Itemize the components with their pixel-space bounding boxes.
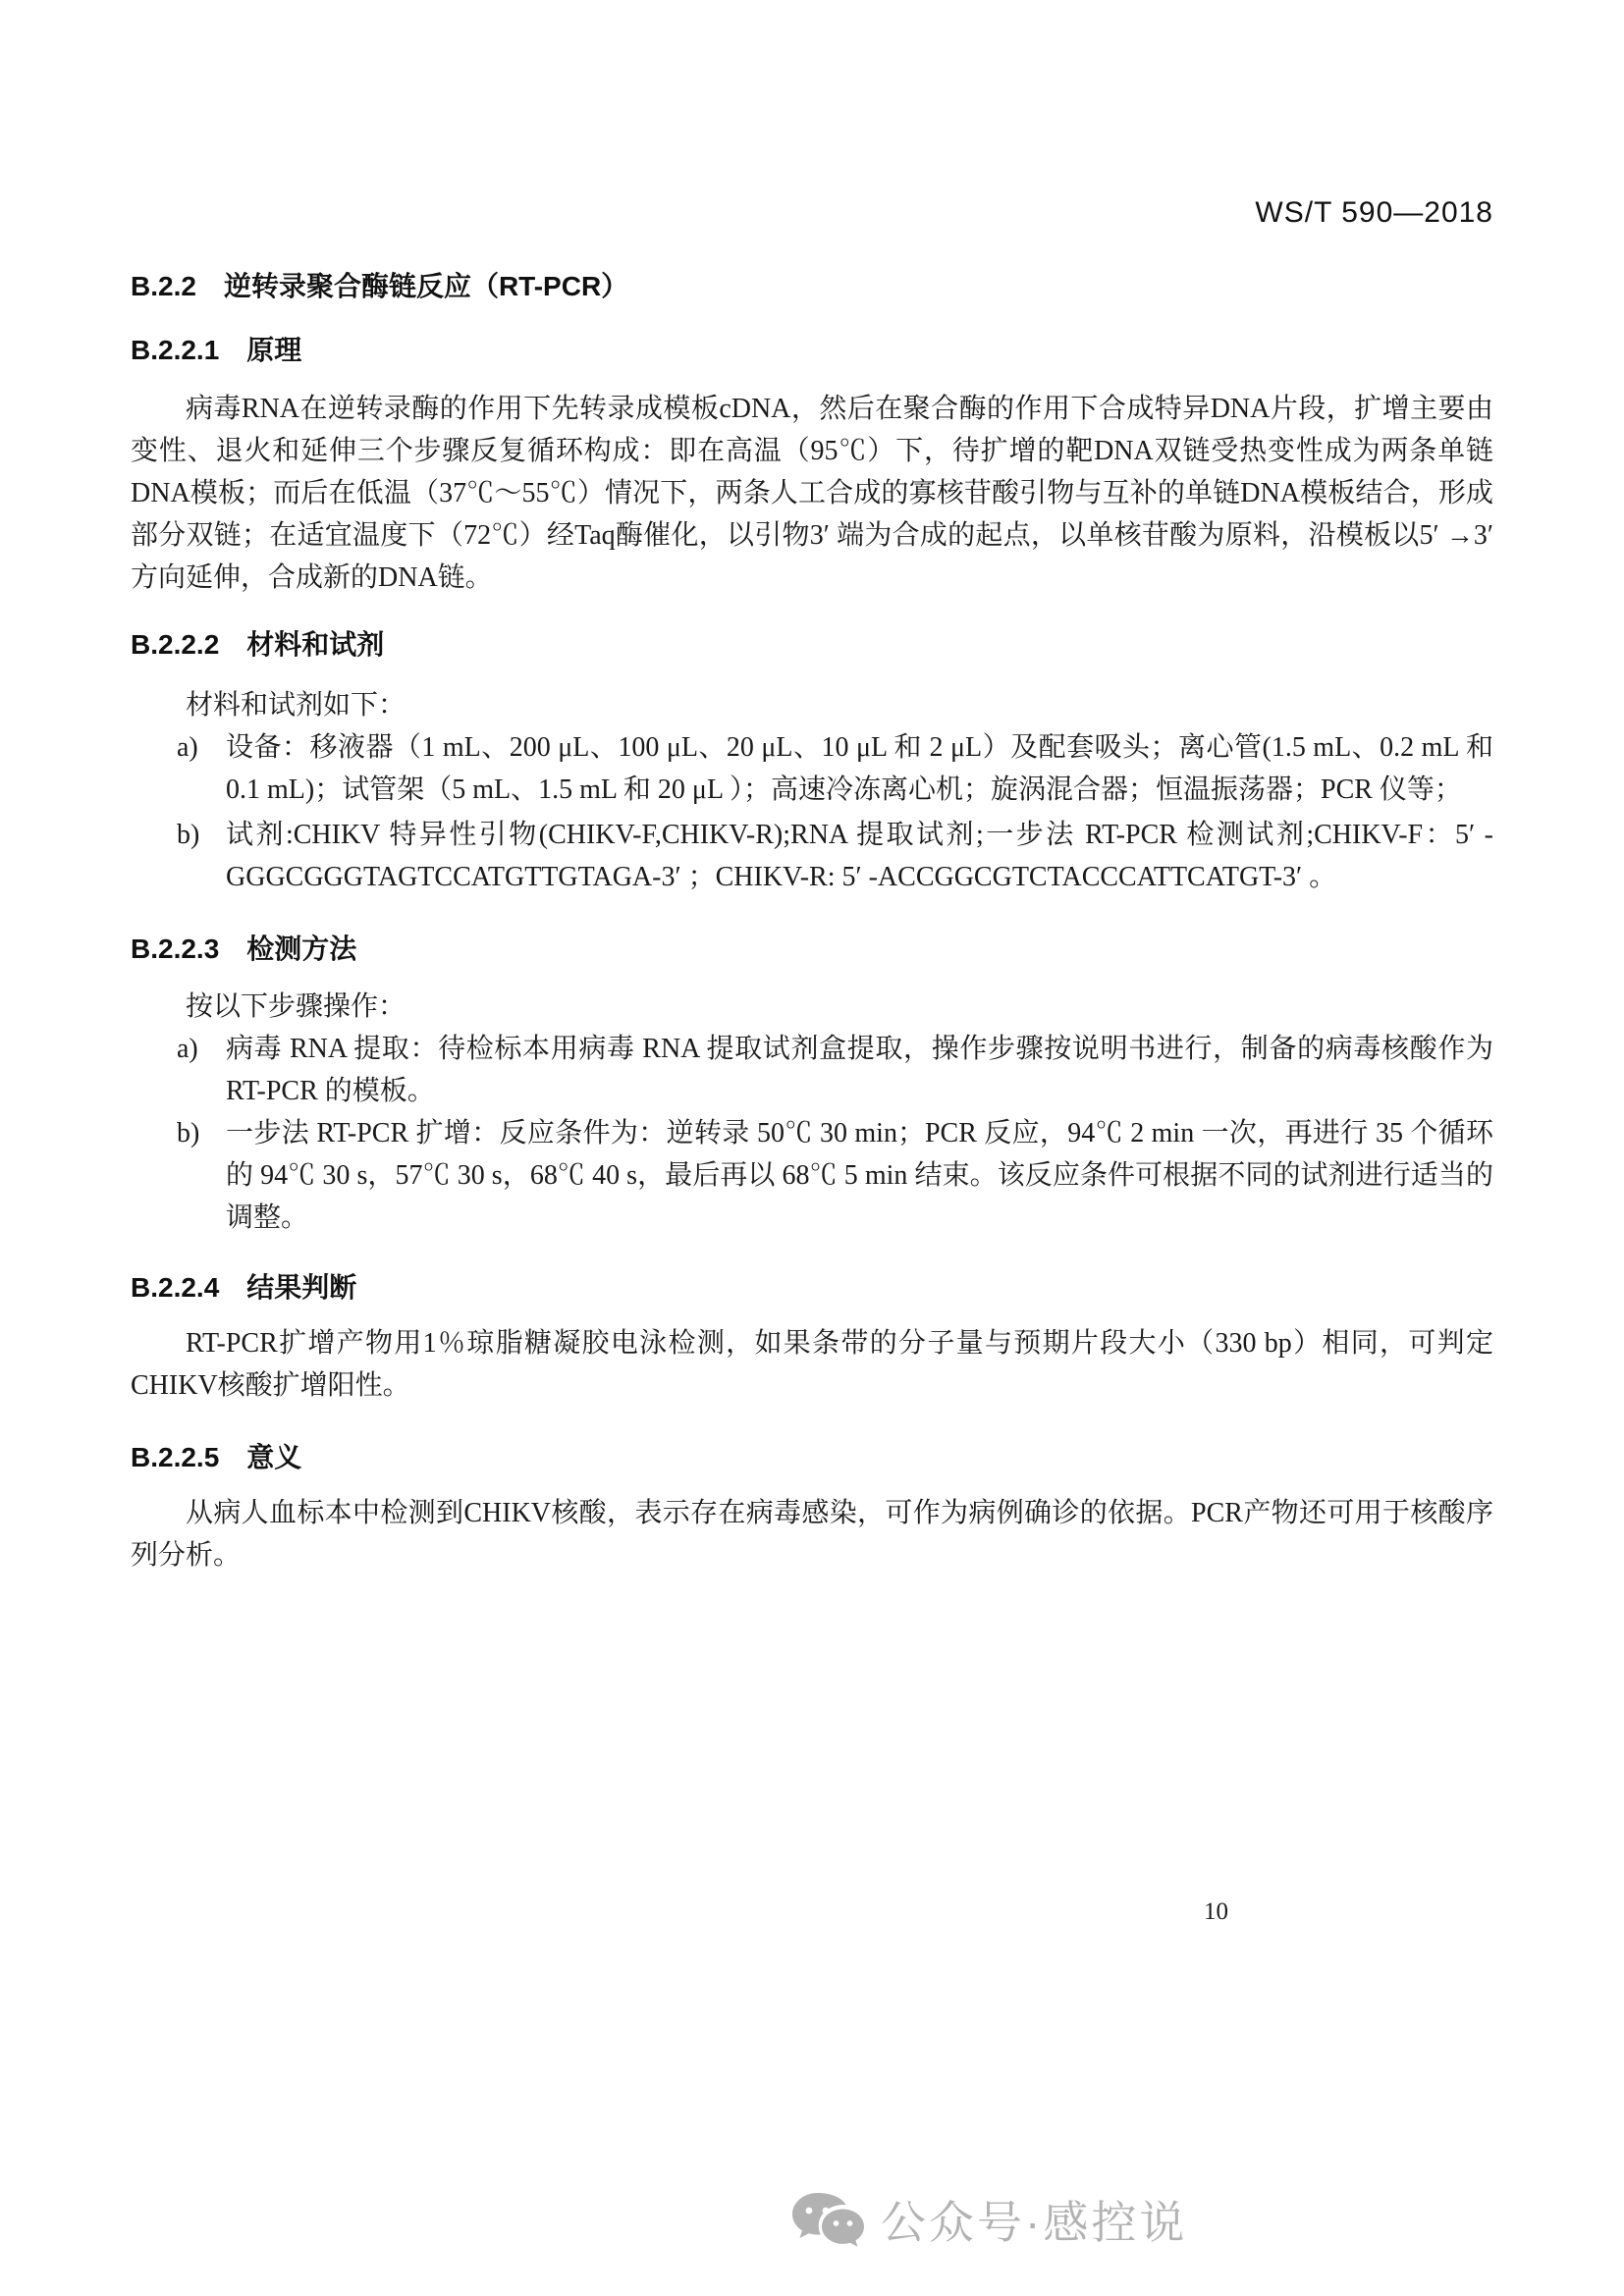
list-item-label: a) (177, 1028, 226, 1112)
list-item-rna-extraction: a) 病毒 RNA 提取：待检标本用病毒 RNA 提取试剂盒提取，操作步骤按说明… (177, 1028, 1493, 1112)
section-number: B.2.2.3 (131, 933, 219, 966)
intro-materials: 材料和试剂如下： (131, 684, 1493, 726)
section-number: B.2.2.2 (131, 628, 219, 662)
doc-number: WS/T 590—2018 (131, 196, 1493, 230)
list-item-rtpcr-amplification: b) 一步法 RT-PCR 扩增：反应条件为：逆转录 50℃ 30 min；PC… (177, 1112, 1493, 1239)
section-number: B.2.2.5 (131, 1441, 219, 1474)
list-item-text: 试剂:CHIKV 特异性引物(CHIKV-F,CHIKV-R);RNA 提取试剂… (226, 814, 1493, 898)
section-title: 检测方法 (246, 933, 356, 966)
section-number: B.2.2.1 (131, 334, 219, 367)
page-content: WS/T 590—2018 B.2.2 逆转录聚合酶链反应（RT-PCR） B.… (131, 0, 1493, 1576)
paragraph-principle: 病毒RNA在逆转录酶的作用下先转录成模板cDNA，然后在聚合酶的作用下合成特异D… (131, 388, 1493, 599)
section-title: 结果判断 (246, 1271, 356, 1305)
section-heading-b223: B.2.2.3 检测方法 (131, 933, 1493, 966)
list-item-text: 病毒 RNA 提取：待检标本用病毒 RNA 提取试剂盒提取，操作步骤按说明书进行… (226, 1028, 1493, 1112)
section-heading-b222: B.2.2.2 材料和试剂 (131, 628, 1493, 662)
section-number: B.2.2.4 (131, 1271, 219, 1305)
list-item-label: b) (177, 814, 226, 898)
page-number: 10 (1204, 1898, 1228, 1926)
section-title: 材料和试剂 (246, 628, 384, 662)
section-title: 意义 (246, 1441, 301, 1474)
watermark-text: 公众号·感控说 (881, 2192, 1187, 2253)
intro-steps: 按以下步骤操作： (131, 986, 1493, 1028)
section-heading-b22: B.2.2 逆转录聚合酶链反应（RT-PCR） (131, 270, 1493, 303)
list-item-label: a) (177, 726, 226, 811)
watermark: 公众号·感控说 (790, 2191, 1187, 2254)
document-page: WS/T 590—2018 B.2.2 逆转录聚合酶链反应（RT-PCR） B.… (0, 0, 1624, 2296)
list-item-text: 设备：移液器（1 mL、200 μL、100 μL、20 μL、10 μL 和 … (226, 726, 1493, 811)
list-item-label: b) (177, 1112, 226, 1239)
list-item-reagents: b) 试剂:CHIKV 特异性引物(CHIKV-F,CHIKV-R);RNA 提… (177, 814, 1493, 898)
wechat-icon (790, 2191, 865, 2254)
section-number: B.2.2 (131, 270, 196, 303)
paragraph-result-judgement: RT-PCR扩增产物用1％琼脂糖凝胶电泳检测，如果条带的分子量与预期片段大小（3… (131, 1322, 1493, 1407)
section-heading-b221: B.2.2.1 原理 (131, 334, 1493, 367)
section-heading-b224: B.2.2.4 结果判断 (131, 1271, 1493, 1305)
section-title: 原理 (246, 334, 301, 367)
paragraph-significance: 从病人血标本中检测到CHIKV核酸，表示存在病毒感染，可作为病例确诊的依据。PC… (131, 1492, 1493, 1576)
list-item-text: 一步法 RT-PCR 扩增：反应条件为：逆转录 50℃ 30 min；PCR 反… (226, 1112, 1493, 1239)
section-heading-b225: B.2.2.5 意义 (131, 1441, 1493, 1474)
list-item-equipment: a) 设备：移液器（1 mL、200 μL、100 μL、20 μL、10 μL… (177, 726, 1493, 811)
section-title: 逆转录聚合酶链反应（RT-PCR） (224, 270, 628, 303)
